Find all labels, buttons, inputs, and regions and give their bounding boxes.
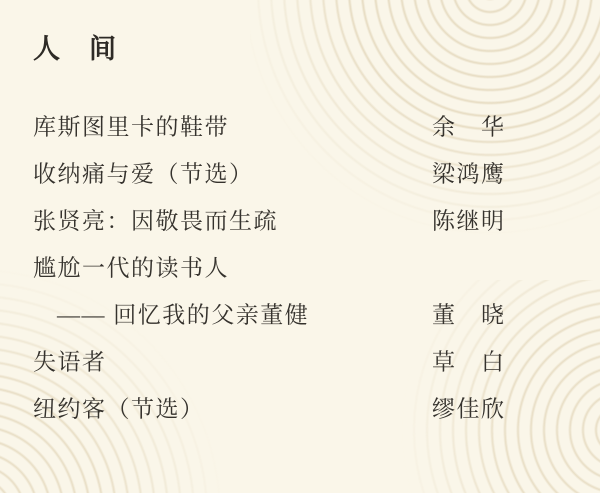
- toc-entry-title: 纽约客（节选）: [33, 390, 205, 423]
- toc-entry-author: 缪佳欣: [432, 390, 506, 423]
- toc-entry-title: 尴尬一代的读书人: [33, 249, 229, 282]
- toc-entry-title: 收纳痛与爱（节选）: [33, 155, 254, 188]
- toc-entry-row: 尴尬一代的读书人: [0, 242, 600, 289]
- toc-page: 人 间 库斯图里卡的鞋带 余 华 收纳痛与爱（节选） 梁鸿鹰 张贤亮：因敬畏而生…: [0, 0, 600, 493]
- toc-entry-title: 库斯图里卡的鞋带: [33, 108, 229, 141]
- toc-entry-author: 余 华: [432, 108, 506, 141]
- toc-entry-title: —— 回忆我的父亲董健: [57, 296, 309, 329]
- toc-entry-row: 库斯图里卡的鞋带 余 华: [0, 101, 600, 148]
- toc-entry-row: 收纳痛与爱（节选） 梁鸿鹰: [0, 148, 600, 195]
- toc-entry-row: 失语者 草 白: [0, 336, 600, 383]
- toc-list: 库斯图里卡的鞋带 余 华 收纳痛与爱（节选） 梁鸿鹰 张贤亮：因敬畏而生疏 陈继…: [0, 101, 600, 430]
- toc-entry-row: 张贤亮：因敬畏而生疏 陈继明: [0, 195, 600, 242]
- toc-entry-row: 纽约客（节选） 缪佳欣: [0, 383, 600, 430]
- toc-entry-row: —— 回忆我的父亲董健 董 晓: [0, 289, 600, 336]
- section-title: 人 间: [33, 27, 117, 66]
- toc-entry-author: 梁鸿鹰: [432, 155, 506, 188]
- toc-entry-author: 草 白: [432, 343, 506, 376]
- toc-entry-author: 陈继明: [432, 202, 506, 235]
- toc-entry-author: 董 晓: [432, 296, 506, 329]
- toc-entry-title: 失语者: [33, 343, 107, 376]
- toc-entry-title: 张贤亮：因敬畏而生疏: [33, 202, 278, 235]
